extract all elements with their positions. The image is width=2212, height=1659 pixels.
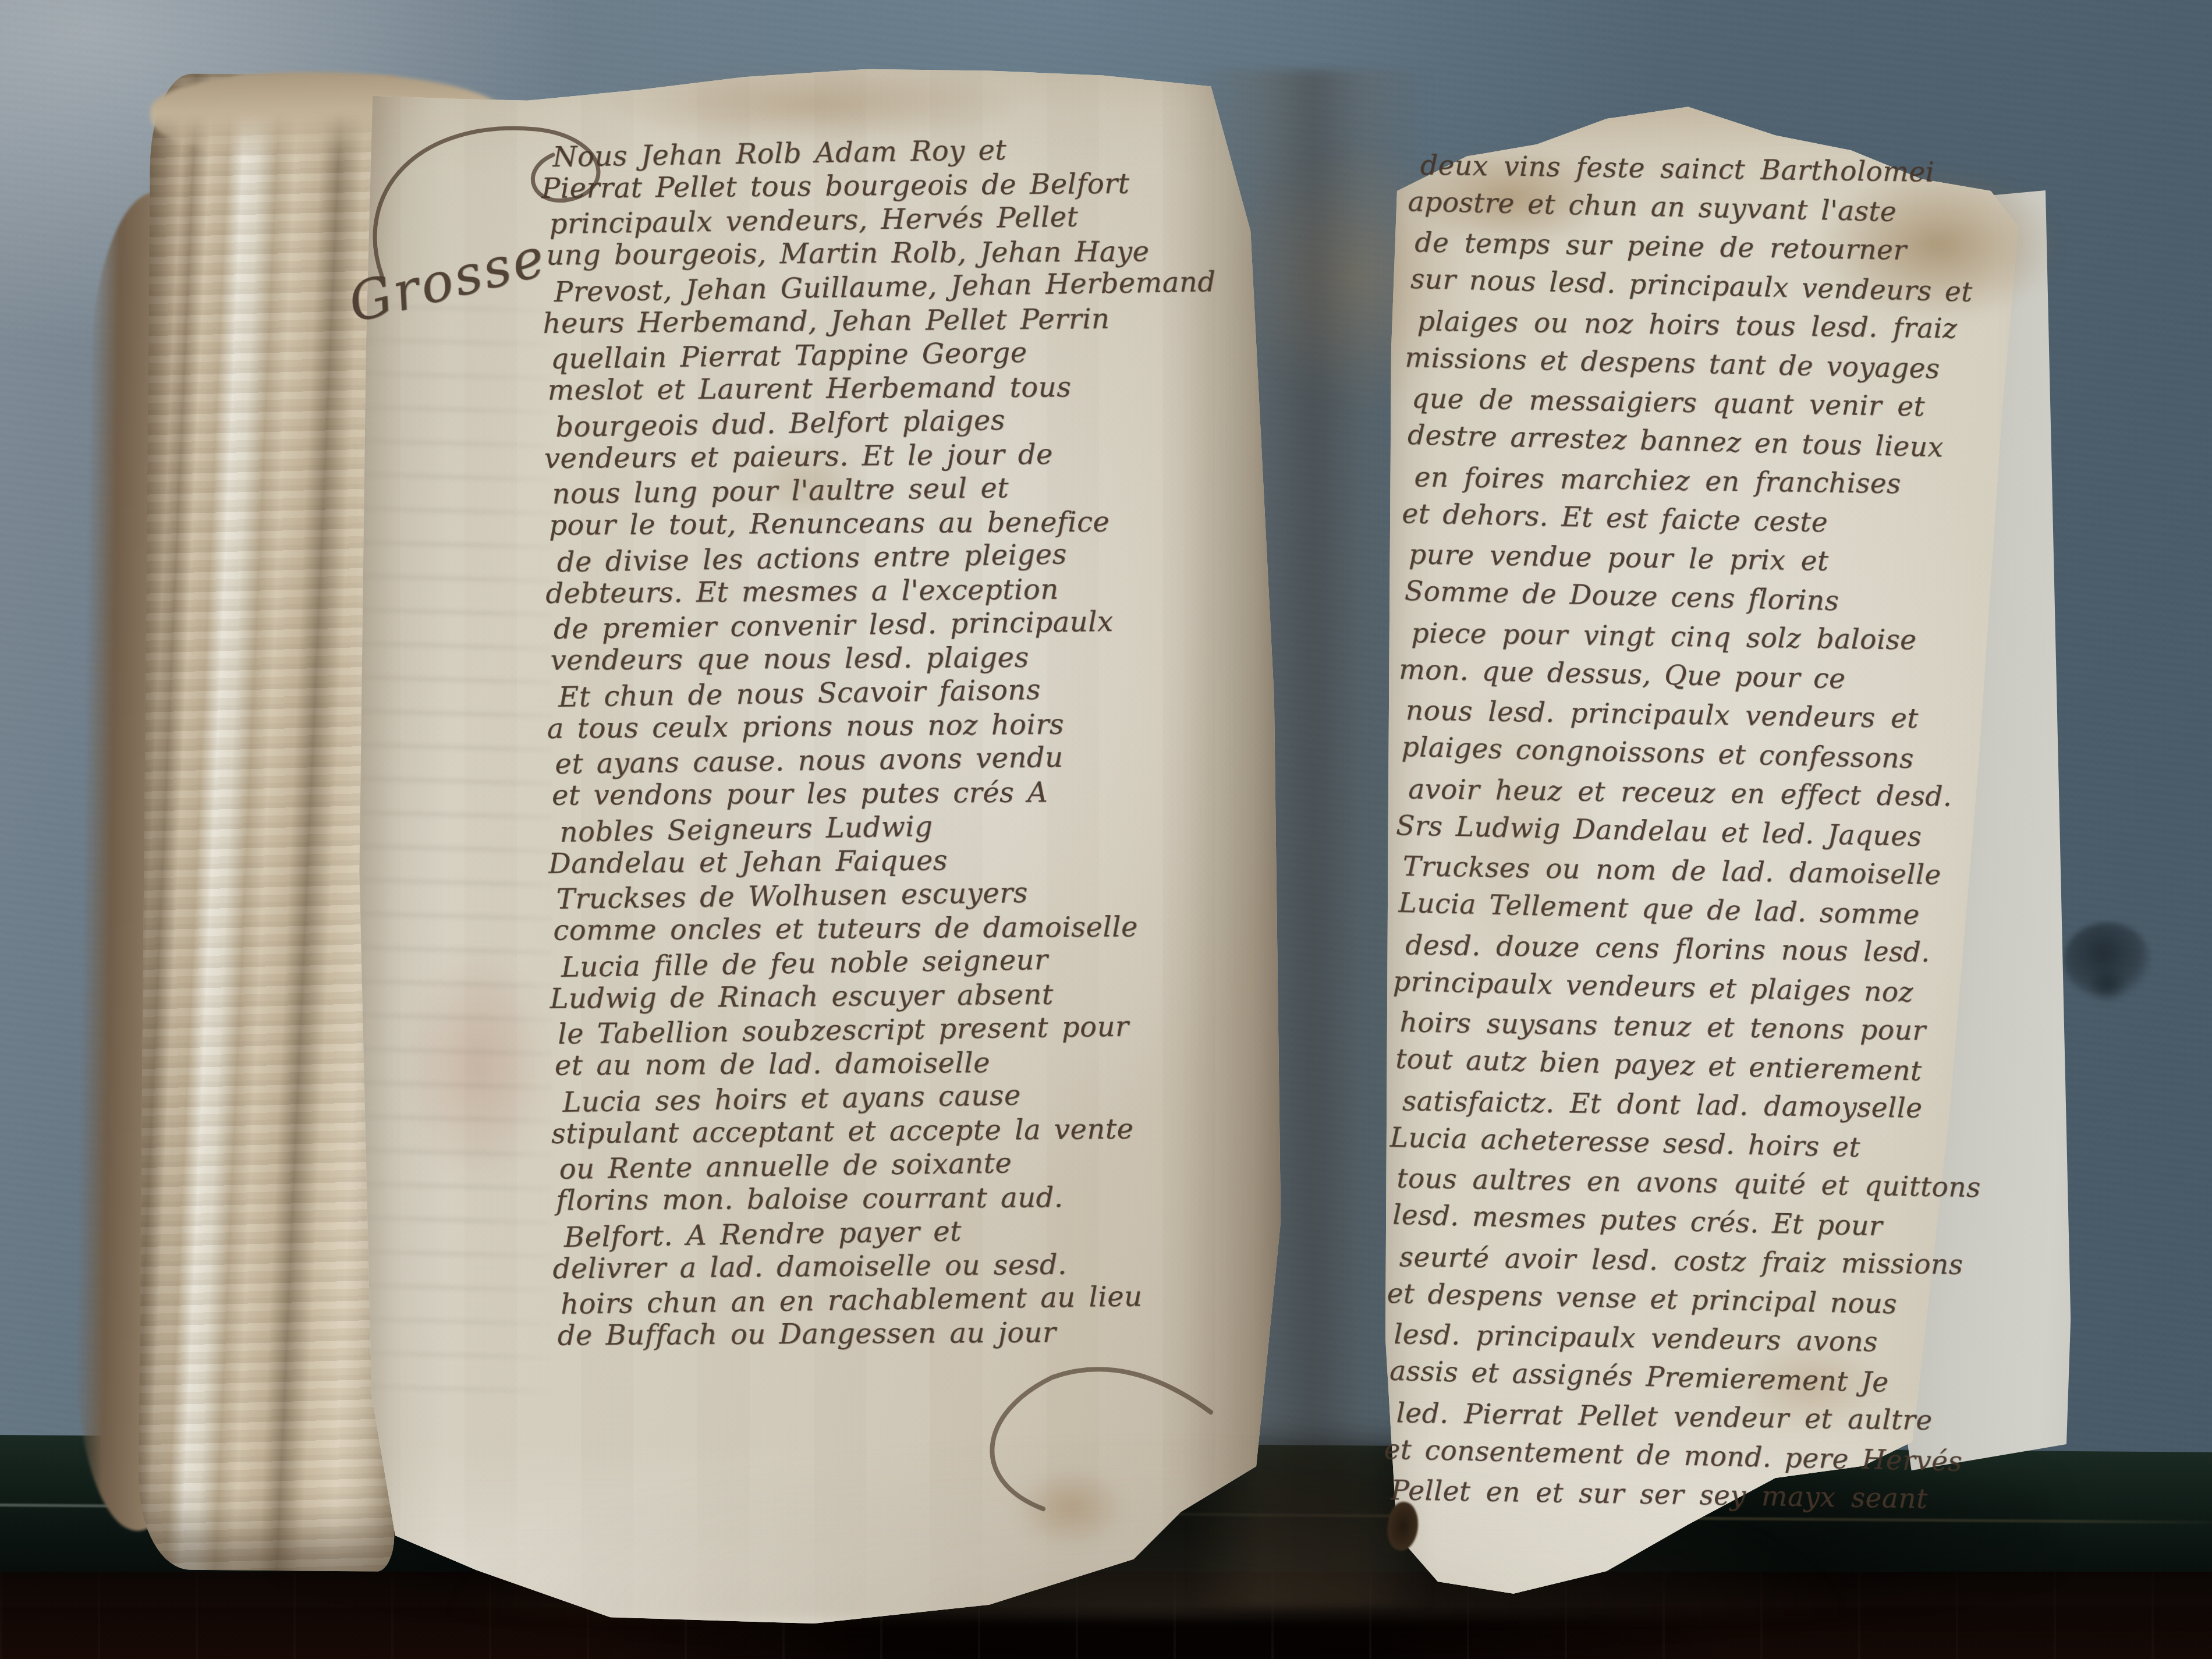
left-page-text: Nous Jehan Rolb Adam Roy etPierrat Pelle…: [543, 132, 1237, 1354]
ink-bleedthrough-marks: [361, 303, 553, 1409]
closing-paraph-icon: [914, 1356, 1228, 1531]
right-page-text: deux vins feste sainct Bartholomeiapostr…: [1385, 144, 2075, 1521]
manuscript-photo-scene: Grosse Nous Jehan Rolb Adam Roy etPierra…: [0, 0, 2212, 1659]
manuscript-line: de Buffach ou Dangessen au jour: [557, 1314, 1238, 1352]
head-edge-stain: [611, 70, 1019, 140]
board-dark-stain: [2064, 923, 2151, 998]
